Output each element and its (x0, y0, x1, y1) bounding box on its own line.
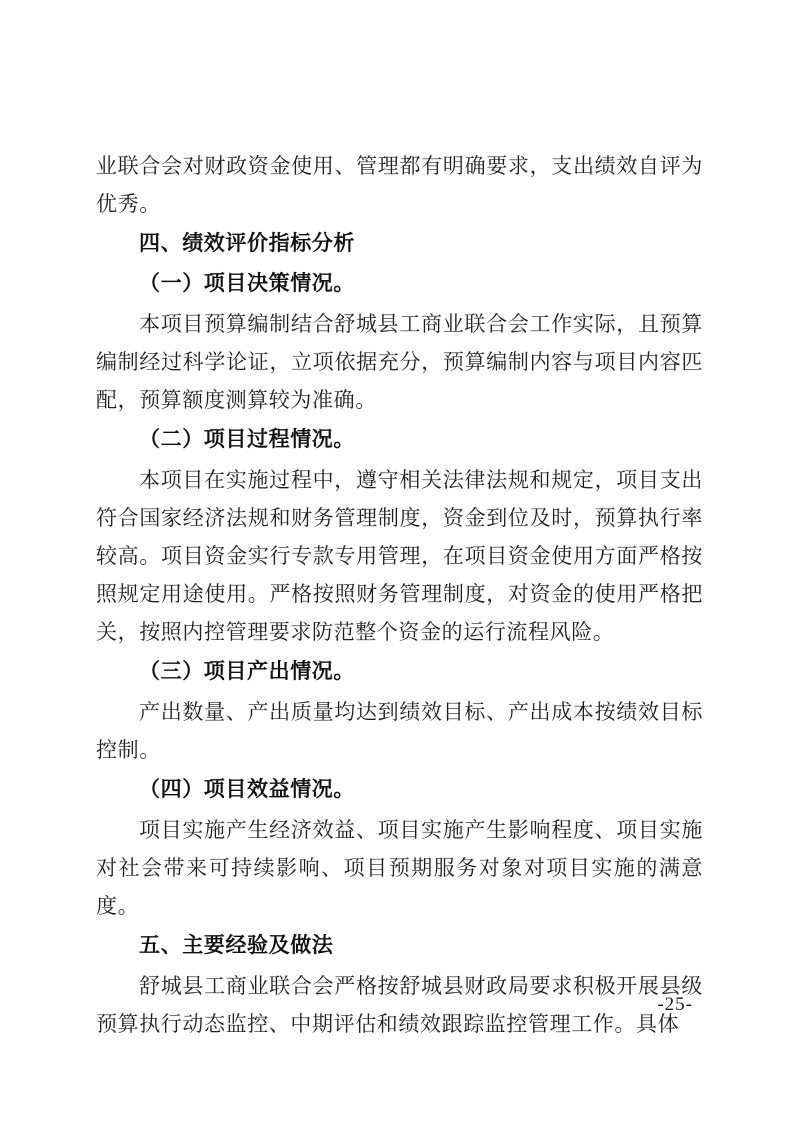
subsection-heading-project-output: （三）项目产出情况。 (96, 653, 703, 691)
paragraph-main-experience: 舒城县工商业联合会严格按舒城县财政局要求积极开展县级预算执行动态监控、中期评估和… (96, 967, 703, 1043)
paragraph-project-benefit: 项目实施产生经济效益、项目实施产生影响程度、项目实施对社会带来可持续影响、项目预… (96, 811, 703, 925)
subsection-heading-project-benefit: （四）项目效益情况。 (96, 771, 703, 809)
paragraph-project-process: 本项目在实施过程中，遵守相关法律法规和规定，项目支出符合国家经济法规和财务管理制… (96, 461, 703, 651)
page-number: -25- (657, 993, 693, 1017)
subsection-heading-project-decision: （一）项目决策情况。 (96, 265, 703, 303)
paragraph-project-output: 产出数量、产出质量均达到绩效目标、产出成本按绩效目标控制。 (96, 693, 703, 769)
section-heading-main-experience: 五、主要经验及做法 (96, 927, 703, 965)
paragraph-self-evaluation-continuation: 业联合会对财政资金使用、管理都有明确要求，支出绩效自评为优秀。 (96, 147, 703, 223)
paragraph-project-decision: 本项目预算编制结合舒城县工商业联合会工作实际，且预算编制经过科学论证，立项依据充… (96, 305, 703, 419)
document-body: 业联合会对财政资金使用、管理都有明确要求，支出绩效自评为优秀。 四、绩效评价指标… (96, 147, 703, 1043)
document-page: 业联合会对财政资金使用、管理都有明确要求，支出绩效自评为优秀。 四、绩效评价指标… (0, 0, 793, 1122)
section-heading-indicator-analysis: 四、绩效评价指标分析 (96, 225, 703, 263)
subsection-heading-project-process: （二）项目过程情况。 (96, 421, 703, 459)
